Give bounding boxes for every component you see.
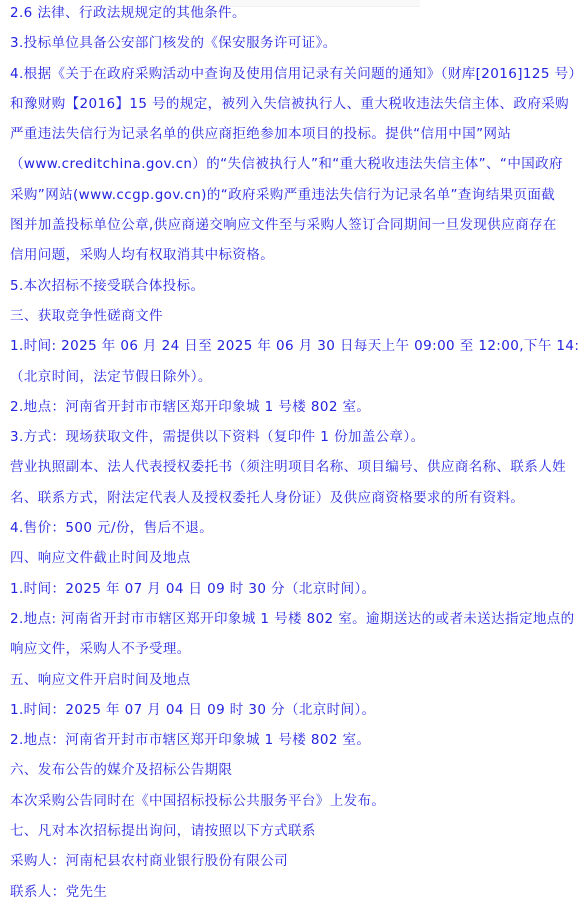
doc-line: 采购”网站(www.ccgp.gov.cn)的“政府采购严重违法失信行为记录名单… xyxy=(10,180,580,210)
doc-line: 七、凡对本次招标提出询问，请按照以下方式联系 xyxy=(10,816,580,846)
doc-line: 3.方式：现场获取文件，需提供以下资料（复印件 1 份加盖公章）。 xyxy=(10,422,580,452)
document-body: 2.6 法律、行政法规规定的其他条件。3.投标单位具备公安部门核发的《保安服务许… xyxy=(10,0,580,907)
doc-line: 5.本次招标不接受联合体投标。 xyxy=(10,271,580,301)
doc-line: 五、响应文件开启时间及地点 xyxy=(10,665,580,695)
doc-line: 1.时间: 2025 年 06 月 24 日至 2025 年 06 月 30 日… xyxy=(10,331,580,361)
doc-line: 2.地点：河南省开封市市辖区郑开印象城 1 号楼 802 室。 xyxy=(10,725,580,755)
doc-line: 本次采购公告同时在《中国招标投标公共服务平台》上发布。 xyxy=(10,786,580,816)
doc-line: 2.6 法律、行政法规规定的其他条件。 xyxy=(10,0,580,28)
doc-line: 4.根据《关于在政府采购活动中查询及使用信用记录有关问题的通知》（财库[2016… xyxy=(10,59,580,89)
doc-line: （www.creditchina.gov.cn）的“失信被执行人”和“重大税收违… xyxy=(10,149,580,179)
doc-line: 4.售价：500 元/份，售后不退。 xyxy=(10,513,580,543)
doc-line: 采购人：河南杞县农村商业银行股份有限公司 xyxy=(10,846,580,876)
doc-line: 和豫财购【2016】15 号的规定，被列入失信被执行人、重大税收违法失信主体、政… xyxy=(10,89,580,119)
doc-line: 图并加盖投标单位公章,供应商递交响应文件至与采购人签订合同期间一旦发现供应商存在 xyxy=(10,210,580,240)
doc-line: 四、响应文件截止时间及地点 xyxy=(10,543,580,573)
doc-line: 1.时间：2025 年 07 月 04 日 09 时 30 分（北京时间）。 xyxy=(10,574,580,604)
doc-line: 1.时间：2025 年 07 月 04 日 09 时 30 分（北京时间）。 xyxy=(10,695,580,725)
doc-line: 2.地点：河南省开封市市辖区郑开印象城 1 号楼 802 室。 xyxy=(10,392,580,422)
doc-line: 联系人：党先生 xyxy=(10,877,580,907)
doc-line: 严重违法失信行为记录名单的供应商拒绝参加本项目的投标。提供“信用中国”网站 xyxy=(10,119,580,149)
doc-line: 响应文件，采购人不予受理。 xyxy=(10,634,580,664)
doc-line: 信用问题，采购人均有权取消其中标资格。 xyxy=(10,240,580,270)
doc-line: 三、获取竞争性磋商文件 xyxy=(10,301,580,331)
doc-line: 名、联系方式，附法定代表人及授权委托人身份证）及供应商资格要求的所有资料。 xyxy=(10,483,580,513)
doc-line: 2.地点: 河南省开封市市辖区郑开印象城 1 号楼 802 室。逾期送达的或者未… xyxy=(10,604,580,634)
doc-line: （北京时间，法定节假日除外）。 xyxy=(10,362,580,392)
doc-line: 六、发布公告的媒介及招标公告期限 xyxy=(10,755,580,785)
doc-line: 3.投标单位具备公安部门核发的《保安服务许可证》。 xyxy=(10,28,580,58)
doc-line: 营业执照副本、法人代表授权委托书（须注明项目名称、项目编号、供应商名称、联系人姓 xyxy=(10,452,580,482)
document-page: 2.6 法律、行政法规规定的其他条件。3.投标单位具备公安部门核发的《保安服务许… xyxy=(0,0,586,916)
